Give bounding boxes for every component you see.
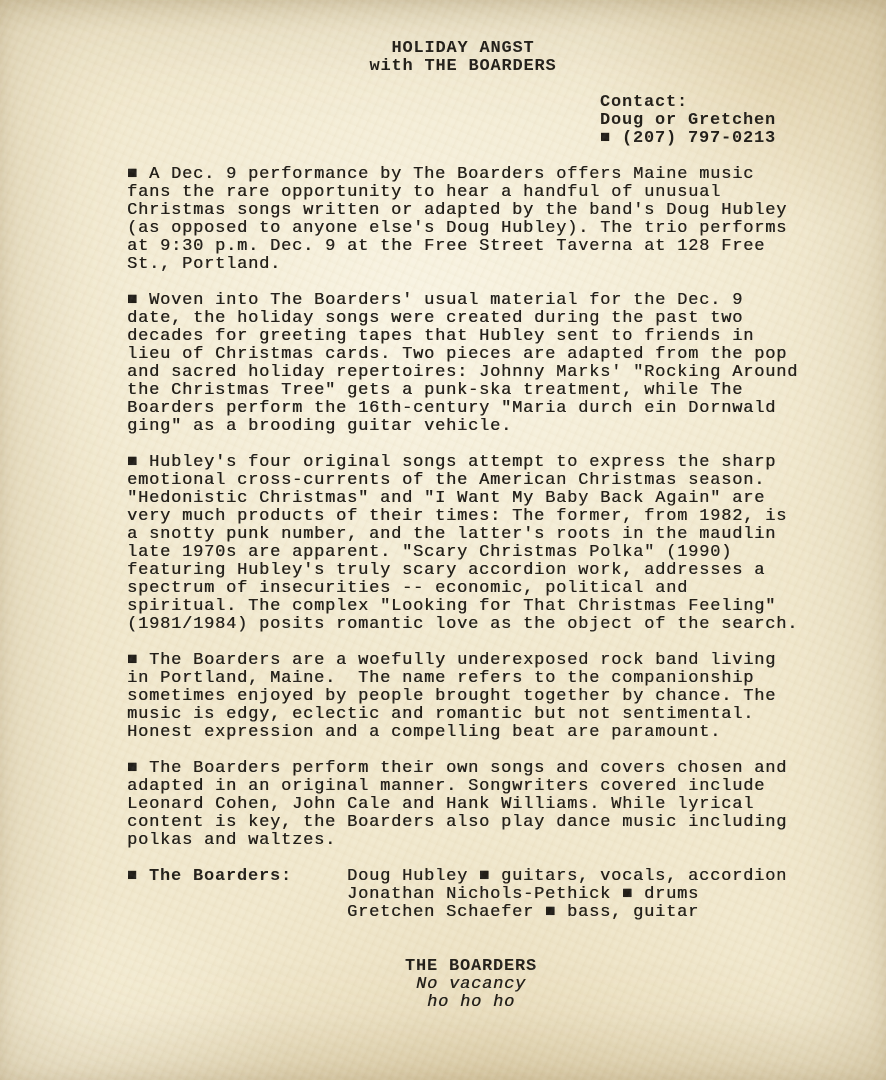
page-title: HOLIDAY ANGST xyxy=(167,40,759,58)
closing-block: THE BOARDERS No vacancy ho ho ho xyxy=(127,958,759,1012)
title-block: HOLIDAY ANGST with THE BOARDERS xyxy=(127,40,759,76)
contact-block: Contact: Doug or Gretchen ■ (207) 797-02… xyxy=(600,94,759,148)
press-release-page: HOLIDAY ANGST with THE BOARDERS Contact:… xyxy=(0,0,886,1080)
paragraph-holiday-songs-origin: ■ Woven into The Boarders' usual materia… xyxy=(127,292,759,436)
paragraph-performance-announcement: ■ A Dec. 9 performance by The Boarders o… xyxy=(127,166,759,274)
paragraph-original-songs: ■ Hubley's four original songs attempt t… xyxy=(127,454,759,634)
page-subtitle: with THE BOARDERS xyxy=(167,58,759,76)
closing-band-name: THE BOARDERS xyxy=(183,958,759,976)
roster-members: Doug Hubley ■ guitars, vocals, accordion… xyxy=(347,868,787,922)
closing-tagline-2: ho ho ho xyxy=(183,994,759,1012)
typewritten-content: HOLIDAY ANGST with THE BOARDERS Contact:… xyxy=(127,40,759,1012)
roster-label: ■ The Boarders: xyxy=(127,868,347,886)
paragraph-band-description: ■ The Boarders are a woefully underexpos… xyxy=(127,652,759,742)
contact-label: Contact: xyxy=(600,94,759,112)
band-roster: ■ The Boarders: Doug Hubley ■ guitars, v… xyxy=(127,868,759,922)
paragraph-repertoire: ■ The Boarders perform their own songs a… xyxy=(127,760,759,850)
closing-tagline-1: No vacancy xyxy=(183,976,759,994)
contact-names: Doug or Gretchen xyxy=(600,112,759,130)
contact-phone: ■ (207) 797-0213 xyxy=(600,130,759,148)
